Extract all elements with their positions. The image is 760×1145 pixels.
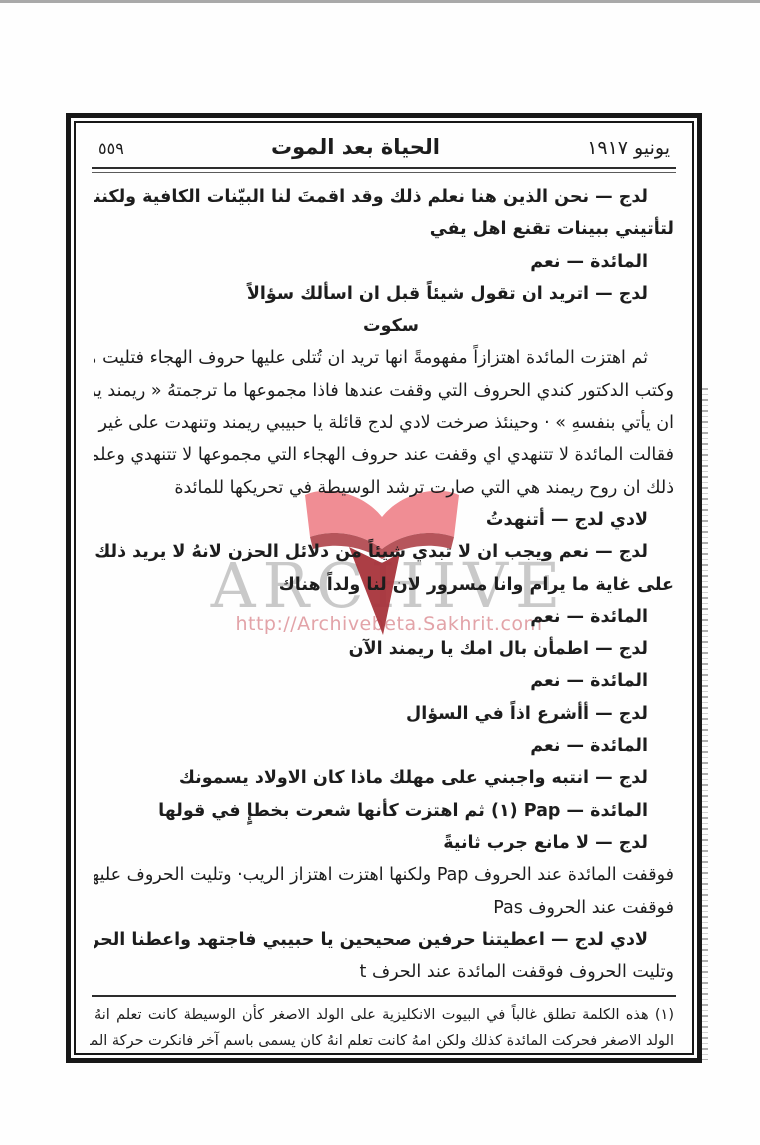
- header-rule: [92, 167, 676, 173]
- text-line: فقالت المائدة لا تتنهدي اي وقفت عند حروف…: [94, 439, 674, 471]
- text-line: المائدة — Pap (١) ثم اهتزت كأنها شعرت بخ…: [94, 795, 674, 827]
- footnote-line: الولد الاصغر فحركت المائدة كذلك ولكن امه…: [90, 1028, 678, 1054]
- text-line: ذلك ان روح ريمند هي التي صارت ترشد الوسي…: [94, 472, 674, 504]
- text-line: فوقفت المائدة عند الحروف Pap ولكنها اهتز…: [94, 859, 674, 891]
- text-line: لدج — اتريد ان تقول شيئاً قبل ان اسألك س…: [94, 278, 674, 310]
- text-line: لدج — أأشرع اذاً في السؤال: [94, 698, 674, 730]
- footnote-rule: [92, 995, 676, 997]
- text-line: سكوت: [94, 310, 674, 342]
- text-line: ان يأتي بنفسهِ » · وحينئذ صرخت لادي لدج …: [94, 407, 674, 439]
- text-line: على غاية ما يرام وانا مسرور لان لنا ولدا…: [94, 569, 674, 601]
- article-body: لدج — نحن الذين هنا نعلم ذلك وقد اقمتَ ل…: [90, 177, 678, 988]
- article-title: الحياة بعد الموت: [271, 135, 440, 159]
- page-border-frame: يونيو ١٩١٧ الحياة بعد الموت ٥٥٩ لدج — نح…: [66, 113, 702, 1063]
- text-line: المائدة — نعم: [94, 730, 674, 762]
- scan-noise-right-edge: [701, 388, 708, 1060]
- text-line: لدج — لا مانع جرب ثانيةً: [94, 827, 674, 859]
- text-line: لادي لدج — أتنهدتُ: [94, 504, 674, 536]
- text-line: فوقفت عند الحروف Pas: [94, 892, 674, 924]
- text-line: المائدة — نعم: [94, 601, 674, 633]
- page-border-frame-inner: يونيو ١٩١٧ الحياة بعد الموت ٥٥٩ لدج — نح…: [74, 121, 694, 1055]
- page-number: ٥٥٩: [98, 139, 124, 158]
- issue-date: يونيو ١٩١٧: [587, 137, 670, 159]
- text-line: المائدة — نعم: [94, 246, 674, 278]
- text-line: المائدة — نعم: [94, 665, 674, 697]
- page-header: يونيو ١٩١٧ الحياة بعد الموت ٥٥٩: [90, 131, 678, 167]
- text-line: لتأتيني ببينات تقنع اهل يفي: [94, 213, 674, 245]
- text-line: ثم اهتزت المائدة اهتزازاً مفهومةً انها ت…: [94, 342, 674, 374]
- page-content: يونيو ١٩١٧ الحياة بعد الموت ٥٥٩ لدج — نح…: [76, 123, 692, 1053]
- text-line: لدج — نحن الذين هنا نعلم ذلك وقد اقمتَ ل…: [94, 181, 674, 213]
- text-line: لدج — نعم ويجب ان لا تبدي شيئاً من دلائل…: [94, 536, 674, 568]
- footnote-line: (١) هذه الكلمة تطلق غالباً في البيوت الا…: [90, 1002, 678, 1028]
- scanned-magazine-page: ARCHIVE http://Archivebeta.Sakhrit.com ي…: [0, 0, 760, 1145]
- text-line: لدج — انتبه واجبني على مهلك ماذا كان الا…: [94, 762, 674, 794]
- text-line: وتليت الحروف فوقفت المائدة عند الحرف t: [94, 956, 674, 988]
- text-line: وكتب الدكتور كندي الحروف التي وقفت عندها…: [94, 375, 674, 407]
- text-line: لادي لدج — اعطيتنا حرفين صحيحين يا حبيبي…: [94, 924, 674, 956]
- text-line: لدج — اطمأن بال امك يا ريمند الآن: [94, 633, 674, 665]
